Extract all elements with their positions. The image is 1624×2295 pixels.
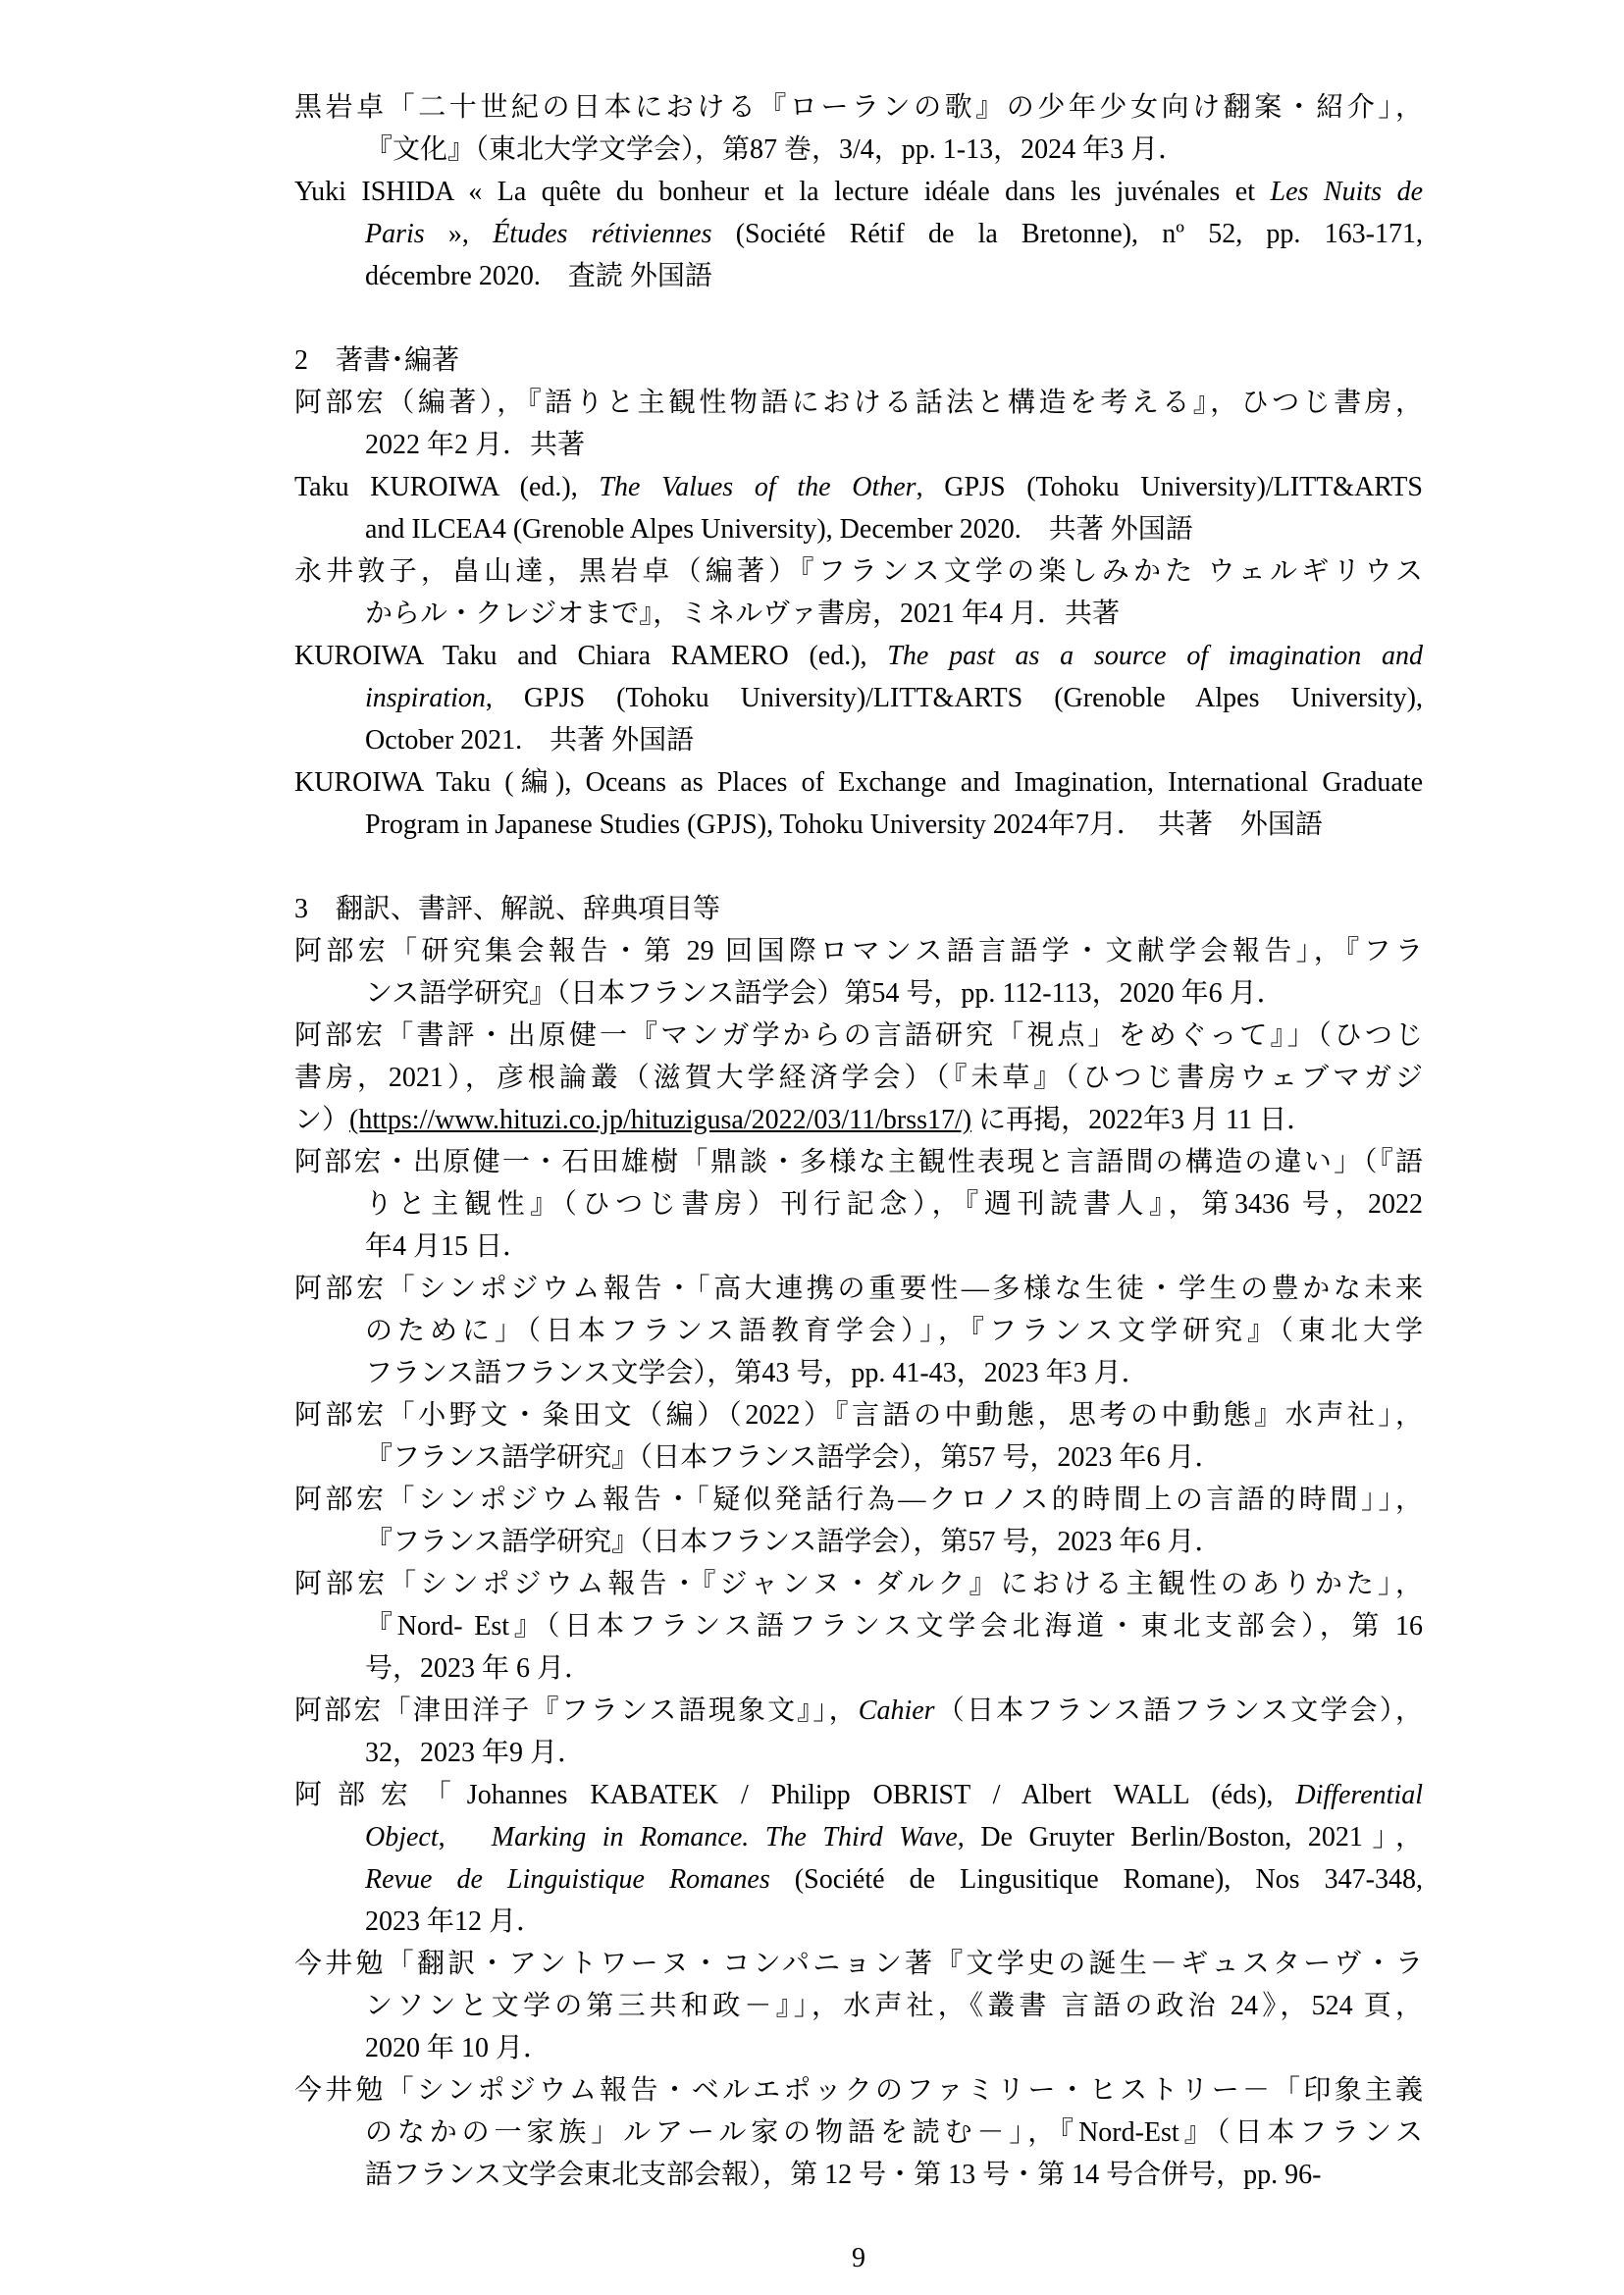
- hituzi-url-link[interactable]: (https://www.hituzi.co.jp/hituzigusa/202…: [349, 1105, 971, 1135]
- entry-line: Program in Japanese Studies (GPJS), Toho…: [294, 804, 1423, 846]
- entry-line: 阿部宏「小野文・粂田文（編）（2022）『言語の中動態，思考の中動態』水声社」，: [294, 1394, 1423, 1436]
- entry-line: ンス語学研究』（日本フランス語学会）第54 号，pp. 112-113，2020…: [294, 972, 1423, 1015]
- entry-line: のために」（日本フランス語教育学会）」，『フランス文学研究』（東北大学: [294, 1310, 1423, 1352]
- entry-line: 『Nord- Est』（日本フランス語フランス文学会北海道・東北支部会），第 1…: [294, 1605, 1423, 1647]
- section-heading: 2 著書･編著: [294, 339, 1423, 382]
- text-run: Revue de Linguistique Romanes: [365, 1864, 770, 1895]
- text-run: 号，2023 年 6 月．: [365, 1653, 592, 1684]
- text-run: 阿部宏「Johannes KABATEK / Philipp OBRIST / …: [294, 1780, 1295, 1810]
- text-run: Les Nuits de: [1271, 177, 1423, 207]
- entry-line: 阿部宏・出原健一・石田雄樹「鼎談・多様な主観性表現と言語間の構造の違い」（『語: [294, 1141, 1423, 1183]
- bibliography-entry: Taku KUROIWA (ed.), The Values of the Ot…: [294, 466, 1423, 550]
- entry-line: 『フランス語学研究』（日本フランス語学会），第57 号，2023 年6 月．: [294, 1521, 1423, 1563]
- text-run: Yuki ISHIDA « La quête du bonheur et la …: [294, 177, 1271, 207]
- bibliography-entry: 阿部宏「Johannes KABATEK / Philipp OBRIST / …: [294, 1774, 1423, 1943]
- entry-line: からル・クレジオまで』，ミネルヴァ書房，2021 年4 月．共著: [294, 593, 1423, 635]
- bibliography-entry: KUROIWA Taku and Chiara RAMERO (ed.), Th…: [294, 635, 1423, 761]
- text-run: Paris: [365, 219, 425, 249]
- entry-line: KUROIWA Taku and Chiara RAMERO (ed.), Th…: [294, 635, 1423, 677]
- text-run: のために」（日本フランス語教育学会）」，『フランス文学研究』（東北大学: [365, 1316, 1423, 1346]
- text-run: »,: [425, 219, 494, 249]
- entry-line: 2022 年2 月．共著: [294, 424, 1423, 466]
- entry-line: 2023 年12 月．: [294, 1901, 1423, 1943]
- entry-line: Paris », Études rétiviennes (Société Rét…: [294, 213, 1423, 255]
- text-run: 黒岩卓「二十世紀の日本における『ローランの歌』の少年少女向け翻案・紹介」，: [294, 92, 1423, 123]
- document-section: 黒岩卓「二十世紀の日本における『ローランの歌』の少年少女向け翻案・紹介」，『文化…: [294, 86, 1423, 297]
- text-run: , GPJS (Tohoku University)/LITT&ARTS (Gr…: [486, 683, 1423, 713]
- text-run: 阿部宏・出原健一・石田雄樹「鼎談・多様な主観性表現と言語間の構造の違い」（『語: [294, 1147, 1423, 1177]
- document-page: 黒岩卓「二十世紀の日本における『ローランの歌』の少年少女向け翻案・紹介」，『文化…: [0, 0, 1624, 2279]
- bibliography-entry: 阿部宏「シンポジウム報告・「高大連携の重要性—多様な生徒・学生の豊かな未来のため…: [294, 1268, 1423, 1394]
- text-run: からル・クレジオまで』，ミネルヴァ書房，2021 年4 月．共著: [365, 599, 1120, 629]
- text-run: , GPJS (Tohoku University)/LITT&ARTS: [917, 472, 1423, 502]
- section-heading: 3 翻訳、書評、解説、辞典項目等: [294, 888, 1423, 930]
- text-run: 書房，2021），彦根論叢（滋賀大学経済学会）（『未草』（ひつじ書房ウェブマガジ: [294, 1063, 1423, 1093]
- text-run: 阿部宏「書評・出原健一『マンガ学からの言語研究「視点」をめぐって』」（ひつじ: [294, 1020, 1423, 1051]
- text-run: 語フランス文学会東北支部会報），第 12 号・第 13 号・第 14 号合併号，…: [365, 2160, 1322, 2190]
- entry-line: 阿部宏（編著），『語りと主観性物語における話法と構造を考える』，ひつじ書房，: [294, 382, 1423, 424]
- entry-line: 今井勉「シンポジウム報告・ベルエポックのファミリー・ヒストリー－「印象主義: [294, 2069, 1423, 2112]
- entry-line: inspiration, GPJS (Tohoku University)/LI…: [294, 677, 1423, 719]
- text-run: KUROIWA Taku (編), Oceans as Places of Ex…: [294, 767, 1423, 798]
- entry-line: Yuki ISHIDA « La quête du bonheur et la …: [294, 171, 1423, 213]
- bibliography-entry: 今井勉「翻訳・アントワーヌ・コンパニョン著『文学史の誕生－ギュスターヴ・ランソン…: [294, 1943, 1423, 2069]
- bibliography-entry: 黒岩卓「二十世紀の日本における『ローランの歌』の少年少女向け翻案・紹介」，『文化…: [294, 86, 1423, 171]
- entry-line: フランス語フランス文学会），第43 号，pp. 41-43，2023 年3 月．: [294, 1352, 1423, 1394]
- entry-line: Taku KUROIWA (ed.), The Values of the Ot…: [294, 466, 1423, 508]
- text-run: 阿部宏「シンポジウム報告・『ジャンヌ・ダルク』における主観性のありかた」，: [294, 1569, 1423, 1599]
- text-run: The Values of the Other: [599, 472, 916, 502]
- document-section: 3 翻訳、書評、解説、辞典項目等阿部宏「研究集会報告・第 29 回国際ロマンス語…: [294, 888, 1423, 2196]
- text-run: inspiration: [365, 683, 486, 713]
- text-run: に再掲，2022年3 月 11 日．: [971, 1105, 1314, 1135]
- bibliography-entry: 阿部宏「シンポジウム報告・「疑似発話行為—クロノス的時間上の言語的時間」」，『フ…: [294, 1479, 1423, 1563]
- text-run: 永井敦子，畠山達，黒岩卓（編著）『フランス文学の楽しみかた ウェルギリウス: [294, 556, 1423, 587]
- text-run: フランス語フランス文学会），第43 号，pp. 41-43，2023 年3 月．: [365, 1358, 1149, 1388]
- document-body: 黒岩卓「二十世紀の日本における『ローランの歌』の少年少女向け翻案・紹介」，『文化…: [294, 86, 1423, 2196]
- entry-line: 2020 年 10 月．: [294, 2027, 1423, 2069]
- text-run: , De Gruyter Berlin/Boston, 2021」，: [958, 1822, 1423, 1852]
- entry-line: 32，2023 年9 月．: [294, 1732, 1423, 1774]
- text-run: ,: [439, 1822, 492, 1852]
- text-run: 32，2023 年9 月．: [365, 1738, 585, 1768]
- entry-line: 阿部宏「シンポジウム報告・「高大連携の重要性—多様な生徒・学生の豊かな未来: [294, 1268, 1423, 1310]
- document-section: 2 著書･編著阿部宏（編著），『語りと主観性物語における話法と構造を考える』，ひ…: [294, 339, 1423, 846]
- entry-line: 黒岩卓「二十世紀の日本における『ローランの歌』の少年少女向け翻案・紹介」，: [294, 86, 1423, 129]
- text-run: 阿部宏（編著），『語りと主観性物語における話法と構造を考える』，ひつじ書房，: [294, 388, 1423, 418]
- text-run: 今井勉「翻訳・アントワーヌ・コンパニョン著『文学史の誕生－ギュスターヴ・ラ: [294, 1949, 1423, 1979]
- text-run: 2020 年 10 月．: [365, 2033, 550, 2063]
- bibliography-entry: Yuki ISHIDA « La quête du bonheur et la …: [294, 171, 1423, 297]
- text-run: 『フランス語学研究』（日本フランス語学会），第57 号，2023 年6 月．: [365, 1527, 1222, 1557]
- text-run: and ILCEA4 (Grenoble Alpes University), …: [365, 514, 1193, 545]
- text-run: ン）: [294, 1105, 349, 1135]
- text-run: Program in Japanese Studies (GPJS), Toho…: [365, 809, 1323, 840]
- entry-line: KUROIWA Taku (編), Oceans as Places of Ex…: [294, 761, 1423, 804]
- text-run: 今井勉「シンポジウム報告・ベルエポックのファミリー・ヒストリー－「印象主義: [294, 2075, 1423, 2106]
- entry-line: 永井敦子，畠山達，黒岩卓（編著）『フランス文学の楽しみかた ウェルギリウス: [294, 550, 1423, 593]
- text-run: Études rétiviennes: [493, 219, 711, 249]
- text-run: Differential: [1295, 1780, 1423, 1810]
- entry-line: 『フランス語学研究』（日本フランス語学会），第57 号，2023 年6 月．: [294, 1436, 1423, 1479]
- entry-line: 阿部宏「シンポジウム報告・『ジャンヌ・ダルク』における主観性のありかた」，: [294, 1563, 1423, 1605]
- text-run: ンソンと文学の第三共和政－』」，水声社，《叢書 言語の政治 24》，524 頁，: [365, 1991, 1423, 2021]
- text-run: りと主観性』（ひつじ書房）刊行記念），『週刊読書人』，第3436 号，2022: [365, 1189, 1423, 1220]
- entry-line: 号，2023 年 6 月．: [294, 1647, 1423, 1690]
- bibliography-entry: 阿部宏「シンポジウム報告・『ジャンヌ・ダルク』における主観性のありかた」，『No…: [294, 1563, 1423, 1690]
- text-run: Cahier: [859, 1695, 935, 1726]
- entry-line: のなかの一家族」ルアール家の物語を読む－」，『Nord-Est』（日本フランス: [294, 2112, 1423, 2154]
- bibliography-entry: 阿部宏「津田洋子『フランス語現象文』」，Cahier（日本フランス語フランス文学…: [294, 1690, 1423, 1774]
- bibliography-entry: KUROIWA Taku (編), Oceans as Places of Ex…: [294, 761, 1423, 846]
- entry-line: October 2021. 共著 外国語: [294, 719, 1423, 761]
- text-run: 2022 年2 月．共著: [365, 430, 585, 460]
- bibliography-entry: 今井勉「シンポジウム報告・ベルエポックのファミリー・ヒストリー－「印象主義のなか…: [294, 2069, 1423, 2196]
- entry-line: 書房，2021），彦根論叢（滋賀大学経済学会）（『未草』（ひつじ書房ウェブマガジ: [294, 1057, 1423, 1099]
- text-run: 『Nord- Est』（日本フランス語フランス文学会北海道・東北支部会），第 1…: [365, 1611, 1423, 1642]
- entry-line: 阿部宏「研究集会報告・第 29 回国際ロマンス語言語学・文献学会報告」，『フラ: [294, 930, 1423, 972]
- entry-line: 阿部宏「シンポジウム報告・「疑似発話行為—クロノス的時間上の言語的時間」」，: [294, 1479, 1423, 1521]
- bibliography-entry: 阿部宏「書評・出原健一『マンガ学からの言語研究「視点」をめぐって』」（ひつじ書房…: [294, 1015, 1423, 1141]
- entry-line: décembre 2020. 査読 外国語: [294, 255, 1423, 297]
- entry-line: ン）(https://www.hituzi.co.jp/hituzigusa/2…: [294, 1099, 1423, 1141]
- entry-line: りと主観性』（ひつじ書房）刊行記念），『週刊読書人』，第3436 号，2022: [294, 1183, 1423, 1226]
- text-run: Taku KUROIWA (ed.),: [294, 472, 599, 502]
- bibliography-entry: 阿部宏・出原健一・石田雄樹「鼎談・多様な主観性表現と言語間の構造の違い」（『語り…: [294, 1141, 1423, 1268]
- text-run: 2023 年12 月．: [365, 1906, 544, 1937]
- entry-line: 『文化』（東北大学文学会），第87 巻，3/4，pp. 1-13，2024 年3…: [294, 129, 1423, 171]
- entry-line: 年4 月15 日．: [294, 1226, 1423, 1268]
- entry-line: Object, Marking in Romance. The Third Wa…: [294, 1816, 1423, 1858]
- text-run: 阿部宏「シンポジウム報告・「疑似発話行為—クロノス的時間上の言語的時間」」，: [294, 1485, 1423, 1515]
- text-run: 阿部宏「津田洋子『フランス語現象文』」，: [294, 1695, 859, 1726]
- entry-line: 今井勉「翻訳・アントワーヌ・コンパニョン著『文学史の誕生－ギュスターヴ・ラ: [294, 1943, 1423, 1985]
- bibliography-entry: 阿部宏（編著），『語りと主観性物語における話法と構造を考える』，ひつじ書房，20…: [294, 382, 1423, 466]
- bibliography-entry: 阿部宏「小野文・粂田文（編）（2022）『言語の中動態，思考の中動態』水声社」，…: [294, 1394, 1423, 1479]
- text-run: （日本フランス語フランス文学会），: [935, 1695, 1423, 1726]
- entry-line: 阿部宏「Johannes KABATEK / Philipp OBRIST / …: [294, 1774, 1423, 1816]
- text-run: ンス語学研究』（日本フランス語学会）第54 号，pp. 112-113，2020…: [365, 978, 1284, 1009]
- text-run: October 2021. 共著 外国語: [365, 725, 694, 756]
- text-run: のなかの一家族」ルアール家の物語を読む－」，『Nord-Est』（日本フランス: [365, 2117, 1423, 2148]
- text-run: 阿部宏「小野文・粂田文（編）（2022）『言語の中動態，思考の中動態』水声社」，: [294, 1400, 1423, 1431]
- bibliography-entry: 永井敦子，畠山達，黒岩卓（編著）『フランス文学の楽しみかた ウェルギリウスからル…: [294, 550, 1423, 635]
- text-run: (Société de Lingusitique Romane), Nos 34…: [770, 1864, 1423, 1895]
- text-run: décembre 2020. 査読 外国語: [365, 261, 712, 291]
- text-run: 『フランス語学研究』（日本フランス語学会），第57 号，2023 年6 月．: [365, 1442, 1222, 1473]
- text-run: Marking in Romance. The Third Wave: [492, 1822, 958, 1852]
- entry-line: 阿部宏「書評・出原健一『マンガ学からの言語研究「視点」をめぐって』」（ひつじ: [294, 1015, 1423, 1057]
- text-run: 阿部宏「シンポジウム報告・「高大連携の重要性—多様な生徒・学生の豊かな未来: [294, 1274, 1423, 1304]
- text-run: KUROIWA Taku and Chiara RAMERO (ed.),: [294, 641, 887, 671]
- bibliography-entry: 阿部宏「研究集会報告・第 29 回国際ロマンス語言語学・文献学会報告」，『フラン…: [294, 930, 1423, 1015]
- entry-line: Revue de Linguistique Romanes (Société d…: [294, 1858, 1423, 1901]
- text-run: The past as a source of imagination and: [887, 641, 1423, 671]
- text-run: 阿部宏「研究集会報告・第 29 回国際ロマンス語言語学・文献学会報告」，『フラ: [294, 936, 1423, 966]
- entry-line: 語フランス文学会東北支部会報），第 12 号・第 13 号・第 14 号合併号，…: [294, 2154, 1423, 2196]
- entry-line: ンソンと文学の第三共和政－』」，水声社，《叢書 言語の政治 24》，524 頁，: [294, 1985, 1423, 2027]
- text-run: 年4 月15 日．: [365, 1231, 530, 1262]
- entry-line: and ILCEA4 (Grenoble Alpes University), …: [294, 508, 1423, 550]
- entry-line: 阿部宏「津田洋子『フランス語現象文』」，Cahier（日本フランス語フランス文学…: [294, 1690, 1423, 1732]
- page-number: 9: [294, 2237, 1423, 2279]
- text-run: Object: [365, 1822, 439, 1852]
- text-run: (Société Rétif de la Bretonne), nº 52, p…: [711, 219, 1423, 249]
- text-run: 『文化』（東北大学文学会），第87 巻，3/4，pp. 1-13，2024 年3…: [365, 134, 1185, 165]
